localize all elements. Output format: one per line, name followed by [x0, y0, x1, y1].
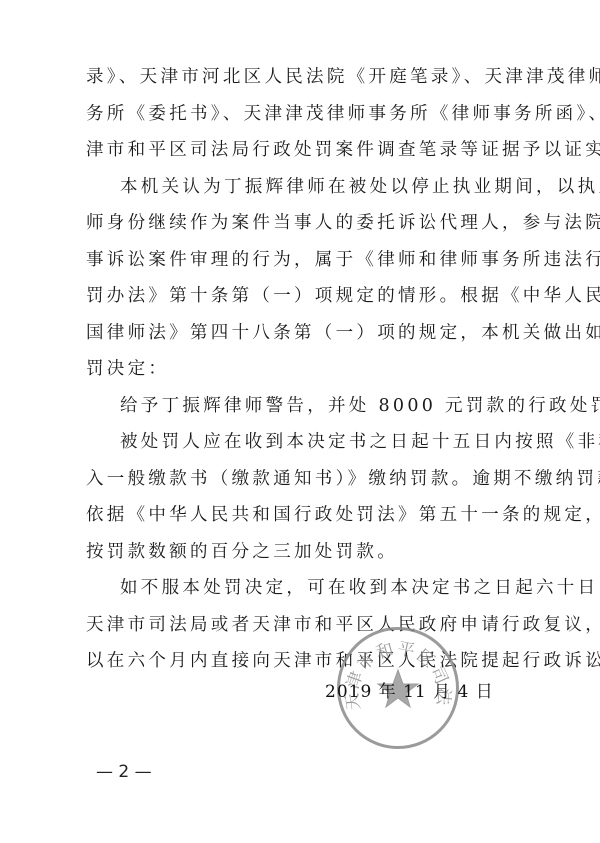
paragraph-line: 按罚款数额的百分之三加处罚款。 [86, 542, 526, 562]
issue-date: 2019 年 11 月 4 日 [325, 682, 494, 702]
paragraph-line: 录》、天津市河北区人民法院《开庭笔录》、天津津茂律师事 [86, 67, 526, 87]
paragraph-line: 务所《委托书》、天津津茂律师事务所《律师事务所函》、天 [86, 104, 526, 124]
paragraph-line: 本机关认为丁振辉律师在被处以停止执业期间，以执业律 [120, 177, 560, 197]
penalty-decision: 给予丁振辉律师警告，并处 8000 元罚款的行政处罚。 [120, 396, 560, 416]
paragraph-line: 罚办法》第十条第（一）项规定的情形。根据《中华人民共和 [86, 286, 526, 306]
paragraph-line: 以在六个月内直接向天津市和平区人民法院提起行政诉讼。 [86, 651, 526, 671]
paragraph-line: 天津市司法局或者天津市和平区人民政府申请行政复议，也可 [86, 615, 526, 635]
paragraph-line: 依据《中华人民共和国行政处罚法》第五十一条的规定，每日 [86, 505, 526, 525]
paragraph-line: 入一般缴款书（缴款通知书）》缴纳罚款。逾期不缴纳罚款的， [86, 469, 526, 489]
page-number: — 2 — [96, 762, 152, 782]
document-page: 录》、天津市河北区人民法院《开庭笔录》、天津津茂律师事 务所《委托书》、天津津茂… [0, 0, 600, 843]
paragraph-line: 事诉讼案件审理的行为，属于《律师和律师事务所违法行为处 [86, 250, 526, 270]
paragraph-line: 津市和平区司法局行政处罚案件调查笔录等证据予以证实。 [86, 140, 526, 160]
paragraph-line: 师身份继续作为案件当事人的委托诉讼代理人，参与法院对民 [86, 213, 526, 233]
paragraph-line: 罚决定： [86, 359, 526, 379]
paragraph-line: 被处罚人应在收到本决定书之日起十五日内按照《非税收 [120, 432, 560, 452]
paragraph-line: 如不服本处罚决定，可在收到本决定书之日起六十日内向 [120, 578, 560, 598]
paragraph-line: 国律师法》第四十八条第（一）项的规定，本机关做出如下处 [86, 323, 526, 343]
